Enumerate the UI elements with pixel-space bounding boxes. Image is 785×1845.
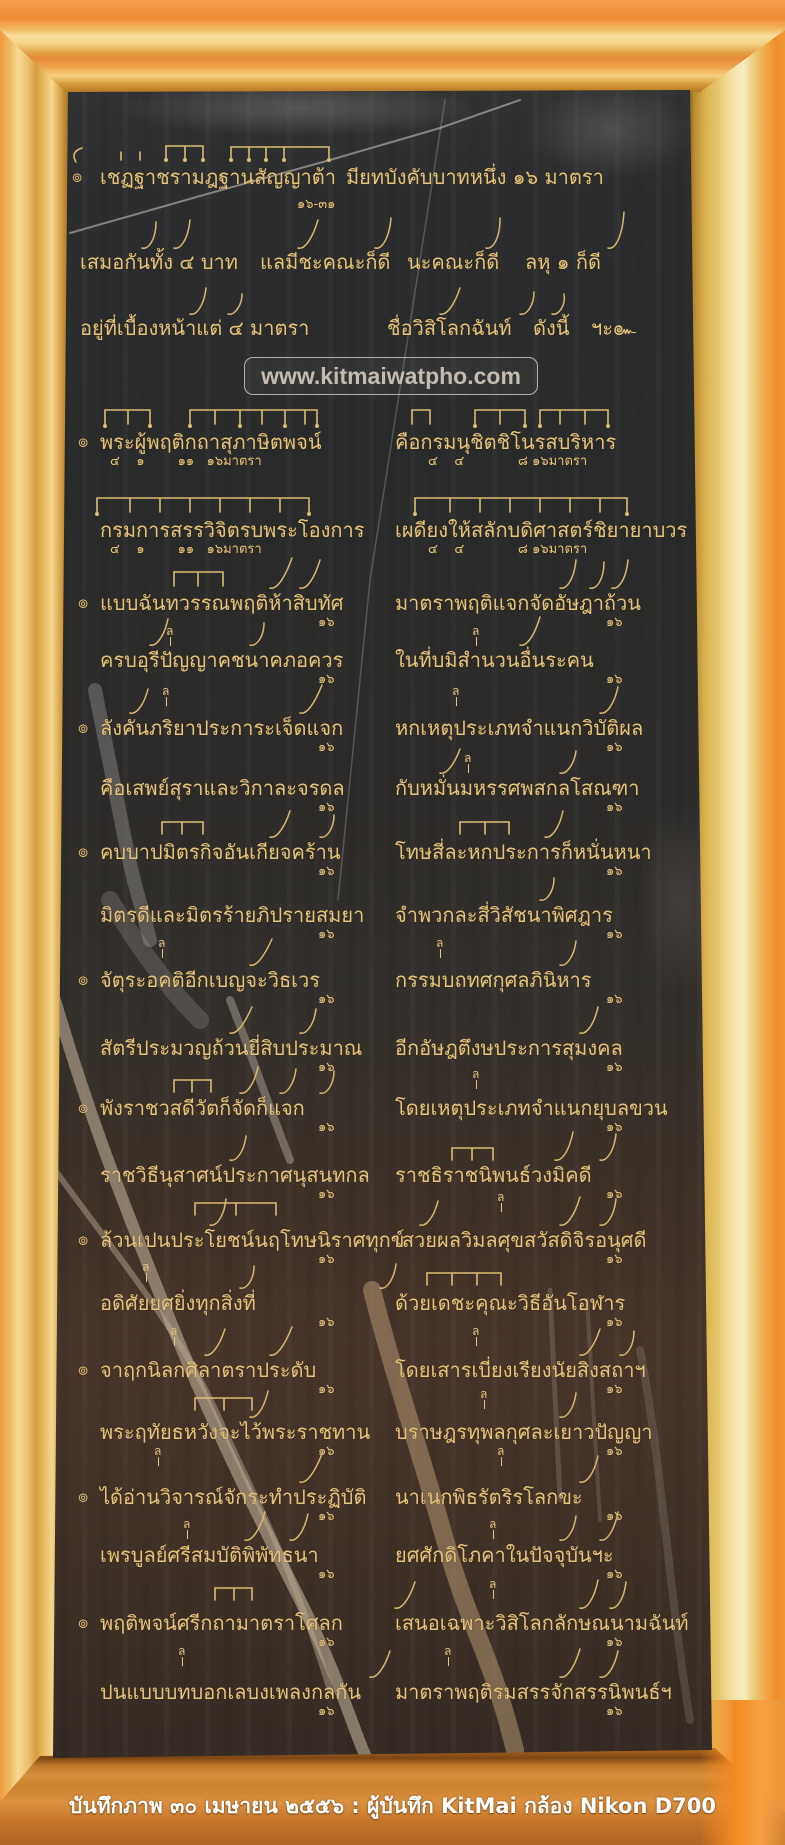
matra-count-right: ๑๖ [606,1120,623,1135]
stanza-mark: ๏ [78,1358,88,1382]
verse-right-hemistich: เสนอเฉพาะวิสิโลกลักษณนามฉันท์ [395,1611,689,1635]
matra-count-right: ๑๖ [606,672,623,687]
verse-right-hemistich: จำพวกละสี่วิสัชนาพิศฎาร [395,903,613,927]
lahu-mark: ล [158,937,165,949]
lahu-mark: ล [489,1578,496,1590]
matra-count-right: ๑๖ [606,1704,623,1719]
matra-count-right: ๑๖ [606,864,623,879]
header-line-1-text-a: เชฏฐาชรามฎฐานสัญญาต้า [100,165,336,189]
lahu-mark: ล [166,625,173,637]
verse-row: พระฤทัยธหวังจะไว้พระราชทาน บราษฎรทุพลกุศ… [0,1420,785,1444]
matra-count-right: ๔ ๔ ๘ ๑๖มาตรา [428,542,587,557]
verse-row: ๏ พฤติพจน์ศรีกถามาตราโศลก เสนอเฉพาะวิสิโ… [0,1611,785,1635]
verse-left-hemistich: แบบฉันทวรรณพฤติห้าสิบทัศ [100,591,344,615]
matra-count-right: ๑๖ [606,1382,623,1397]
verse-left-hemistich: สัตรีประมวญถ้วนยี่สิบประมาณ [100,1036,362,1060]
verse-left-hemistich: ได้อ่านวิจารณ์จักระทำประฏิบัติ [100,1485,366,1509]
stanza-mark: ๏ [78,1485,88,1509]
header-line-1: ๏ เชฏฐาชรามฎฐานสัญญาต้า มียทบังคับบาทหนึ… [0,165,785,189]
verse-left-hemistich: พฤติพจน์ศรีกถามาตราโศลก [100,1611,343,1635]
verse-right-hemistich: คือกรมนุชิตชิโนรสบริหาร [395,430,616,454]
lahu-mark: ล [464,752,471,764]
lahu-mark: ล [444,1645,451,1657]
verse-row: ๏ พังราชวสดีวัตก็จัดก็แจก โดยเหตุประเภทจ… [0,1096,785,1120]
verse-row: ราชวิธีนุสาศน์ประกาศนุสนทกล ราชธิราชนิพน… [0,1163,785,1187]
lahu-mark: ล [472,1325,479,1337]
lahu-mark: ล [183,1518,190,1530]
stanza-mark: ๏ [78,1611,88,1635]
verse-row: ๏ จาฤกนิลกศิลาตราประดับ โดยเสารเบี่ยงเรี… [0,1358,785,1382]
header-line-2-segment: แลมีชะคณะก็ดี [260,250,390,274]
lahu-mark: ล [452,685,459,697]
verse-row: ๏ ล้วนเปนประโยชน์นฤโทษนิราศทุกข์ เสวยผลว… [0,1228,785,1252]
lahu-mark: ล [162,685,169,697]
matra-count-right: ๑๖ [606,927,623,942]
verse-right-hemistich: เผดียงให้สลักบดิศาสตร์ชิยายาบวร [395,518,687,542]
header-line-2-segment: ลหุ ๑ ก็ดี [525,250,601,274]
verse-left-hemistich: ปนแบบบทบอกเลบงเพลงกลกัน [100,1680,361,1704]
matra-count-left: ๔ ๑ ๑๑ ๑๖มาตรา [110,454,262,469]
verse-row: ๏ คบบาปมิตรกิจอันเกียจคร้าน โทษสี่ละหกปร… [0,840,785,864]
verse-left-hemistich: เพรบูลย์ศรีสมบัติพิพัทธนา [100,1543,319,1567]
matra-count-left: ๑๖ [318,1704,335,1719]
stanza-mark: ๏ [78,840,88,864]
stanza-mark: ๏ [78,1228,88,1252]
verse-right-hemistich: ราชธิราชนิพนธ์วงมิคดี [395,1163,592,1187]
matra-count-left: ๑๖ [318,992,335,1007]
frame-top-molding [0,0,785,96]
matra-count-left: ๑๖ [318,1444,335,1459]
lahu-mark: ล [480,1388,487,1400]
matra-count-right: ๑๖ [606,1567,623,1582]
matra-count-right: ๑๖ [606,1315,623,1330]
matra-count-right: ๑๖ [606,1187,623,1202]
matra-count-left: ๑๖ [318,864,335,879]
verse-row: กรมการสรรวิจิตรบพระโองการ เผดียงให้สลักบ… [0,518,785,542]
verse-left-hemistich: อดิศัยยศยิ่งทุกสิ่งที่ [100,1291,256,1315]
matra-count-right: ๑๖ [606,1635,623,1650]
verse-row: คือเสพย์สุราและวิกาละจรดล กับหมั่นมหรรศพ… [0,776,785,800]
verse-right-hemistich: โดยเสารเบี่ยงเรียงนัยสิงสถาฯ [395,1358,646,1382]
photo-caption: บันทึกภาพ ๓๐ เมษายน ๒๕๕๖ : ผู้บันทึก Kit… [60,1790,725,1823]
header-line-2-segment: นะคณะก็ดี [407,250,499,274]
verse-left-hemistich: คบบาปมิตรกิจอันเกียจคร้าน [100,840,341,864]
verse-right-hemistich: เสวยผลวิมลศุขสวัสดิจิรอนุศดี [395,1228,646,1252]
matra-count-right: ๑๖ [606,1509,623,1524]
lahu-mark: ล [436,937,443,949]
matra-count-left: ๑๖ [318,800,335,815]
matra-count-right: ๑๖ [606,800,623,815]
verse-left-hemistich: ครบอุรีปัญญาคชนาคภอควร [100,648,343,672]
matra-count-left: ๑๖ [318,1187,335,1202]
matra-count-left: ๑๖ [318,672,335,687]
verse-right-hemistich: หกเหตุประเภทจำแนกวิบัติผล [395,716,643,740]
verse-left-hemistich: มิตรดีและมิตรร้ายภิปรายสมยา [100,903,364,927]
header-line-1-note: ๑๖-๓๑ [297,197,335,212]
verse-left-hemistich: ลังคันภริยาประการะเจ็ดแจก [100,716,343,740]
verse-right-hemistich: ในที่บมิสำนวนอื่นระคน [395,648,594,672]
header-line-1-text-b: มียทบังคับบาทหนึ่ง ๑๖ มาตรา [346,165,604,189]
verse-left-hemistich: จาฤกนิลกศิลาตราประดับ [100,1358,316,1382]
stanza-mark: ๏ [72,165,82,189]
matra-count-right: ๑๖ [606,1060,623,1075]
matra-count-right: ๑๖ [606,1252,623,1267]
inscription-photo: ล ล ล ล ล ล ล ล ล ล ล ล ล ล ล ล ล ล ล ล … [0,0,785,1845]
verse-right-hemistich: ด้วยเดชะคุณะวิธีอันโอฬาร [395,1291,625,1315]
matra-count-left: ๑๖ [318,1567,335,1582]
verse-left-hemistich: จัตุระอคติอีกเบญจะวิธเวร [100,968,320,992]
matra-count-left: ๔ ๑ ๑๑ ๑๖มาตรา [110,542,262,557]
verse-left-hemistich: ราชวิธีนุสาศน์ประกาศนุสนทกล [100,1163,370,1187]
verse-row: ปนแบบบทบอกเลบงเพลงกลกัน มาตราพฤติรมสรรจั… [0,1680,785,1704]
verse-left-hemistich: กรมการสรรวิจิตรบพระโองการ [100,518,364,542]
verse-left-hemistich: คือเสพย์สุราและวิกาละจรดล [100,776,345,800]
watermark-text: www.kitmaiwatpho.com [261,363,521,390]
matra-count-right: ๑๖ [606,1444,623,1459]
matra-count-left: ๑๖ [318,1120,335,1135]
matra-count-right: ๑๖ [606,740,623,755]
matra-count-left: ๑๖ [318,1635,335,1650]
header-line-3-segment: ชื่อวิสิโลกฉันท์ [387,316,512,340]
verse-right-hemistich: อีกอัษฎตึงษประการสุมงคล [395,1036,623,1060]
stanza-mark: ๏ [78,430,88,454]
matra-count-left: ๑๖ [318,1060,335,1075]
header-line-2: เสมอกันทั้ง ๔ บาท แลมีชะคณะก็ดี นะคณะก็ด… [0,250,785,274]
matra-count-right: ๔ ๔ ๘ ๑๖มาตรา [428,454,587,469]
verse-left-hemistich: ล้วนเปนประโยชน์นฤโทษนิราศทุกข์ [100,1228,404,1252]
header-line-2-segment: เสมอกันทั้ง ๔ บาท [80,250,238,274]
verse-row: ๏ แบบฉันทวรรณพฤติห้าสิบทัศ มาตราพฤติแจกจ… [0,591,785,615]
verse-right-hemistich: กรรมบถทศกุศลภินิหาร [395,968,592,992]
verse-left-hemistich: พระผู้พฤติกถาสุภาษิตพจน์ [100,430,321,454]
matra-count-right: ๑๖ [606,615,623,630]
verse-row: ๏ ได้อ่านวิจารณ์จักระทำประฏิบัติ นาเนกพิ… [0,1485,785,1509]
lahu-mark: ล [142,1261,149,1273]
verse-row: มิตรดีและมิตรร้ายภิปรายสมยา จำพวกละสี่วิ… [0,903,785,927]
frame-corner-highlight [700,1700,785,1845]
lahu-mark: ล [472,625,479,637]
lahu-mark: ล [497,1191,504,1203]
website-watermark: www.kitmaiwatpho.com [244,357,538,395]
matra-count-right: ๑๖ [606,992,623,1007]
verse-row: ๏ ลังคันภริยาประการะเจ็ดแจก หกเหตุประเภท… [0,716,785,740]
verse-right-hemistich: บราษฎรทุพลกุศละเยาวปัญญา [395,1420,652,1444]
stanza-mark: ๏ [78,716,88,740]
verse-right-hemistich: นาเนกพิธรัตริรโลกขะ [395,1485,583,1509]
verse-left-hemistich: พังราชวสดีวัตก็จัดก็แจก [100,1096,305,1120]
stanza-mark: ๏ [78,968,88,992]
verse-left-hemistich: พระฤทัยธหวังจะไว้พระราชทาน [100,1420,370,1444]
matra-count-left: ๑๖ [318,1382,335,1397]
verse-right-hemistich: โทษสี่ละหกประการก็หนั่นหนา [395,840,652,864]
header-line-3-segment: ฯะ๛ [591,316,636,340]
verse-row: ครบอุรีปัญญาคชนาคภอควร ในที่บมิสำนวนอื่น… [0,648,785,672]
verse-right-hemistich: มาตราพฤติแจกจัดอัษฎาถ้วน [395,591,641,615]
verse-right-hemistich: กับหมั่นมหรรศพสกลโสณฑา [395,776,639,800]
matra-count-left: ๑๖ [318,1509,335,1524]
matra-count-left: ๑๖ [318,1252,335,1267]
stanza-mark: ๏ [78,1096,88,1120]
lahu-mark: ล [170,1325,177,1337]
verse-row: ๏ จัตุระอคติอีกเบญจะวิธเวร กรรมบถทศกุศลภ… [0,968,785,992]
lahu-mark: ล [497,1445,504,1457]
verse-row: เพรบูลย์ศรีสมบัติพิพัทธนา ยศศักดิโภคาในป… [0,1543,785,1567]
matra-count-left: ๑๖ [318,1315,335,1330]
matra-count-left: ๑๖ [318,615,335,630]
matra-count-left: ๑๖ [318,740,335,755]
lahu-mark: ล [178,1645,185,1657]
verse-row: สัตรีประมวญถ้วนยี่สิบประมาณ อีกอัษฎตึงษป… [0,1036,785,1060]
matra-count-left: ๑๖ [318,927,335,942]
lahu-mark: ล [154,1445,161,1457]
lahu-mark: ล [472,1068,479,1080]
header-line-3-segment: อยู่ที่เบื้องหน้าแต่ ๔ มาตรา [80,316,309,340]
verse-row: ๏ พระผู้พฤติกถาสุภาษิตพจน์ คือกรมนุชิตชิ… [0,430,785,454]
verse-row: อดิศัยยศยิ่งทุกสิ่งที่ ด้วยเดชะคุณะวิธีอ… [0,1291,785,1315]
lahu-mark: ล [489,1518,496,1530]
stanza-mark: ๏ [78,591,88,615]
verse-right-hemistich: โดยเหตุประเภทจำแนกยุบลขวน [395,1096,668,1120]
verse-right-hemistich: มาตราพฤติรมสรรจักสรรนิพนธ์ฯ [395,1680,672,1704]
header-line-3: อยู่ที่เบื้องหน้าแต่ ๔ มาตรา ชื่อวิสิโลก… [0,316,785,340]
header-line-3-segment: ดังนี้ [533,316,569,340]
verse-right-hemistich: ยศศักดิโภคาในปัจจุบันฯะ [395,1543,614,1567]
